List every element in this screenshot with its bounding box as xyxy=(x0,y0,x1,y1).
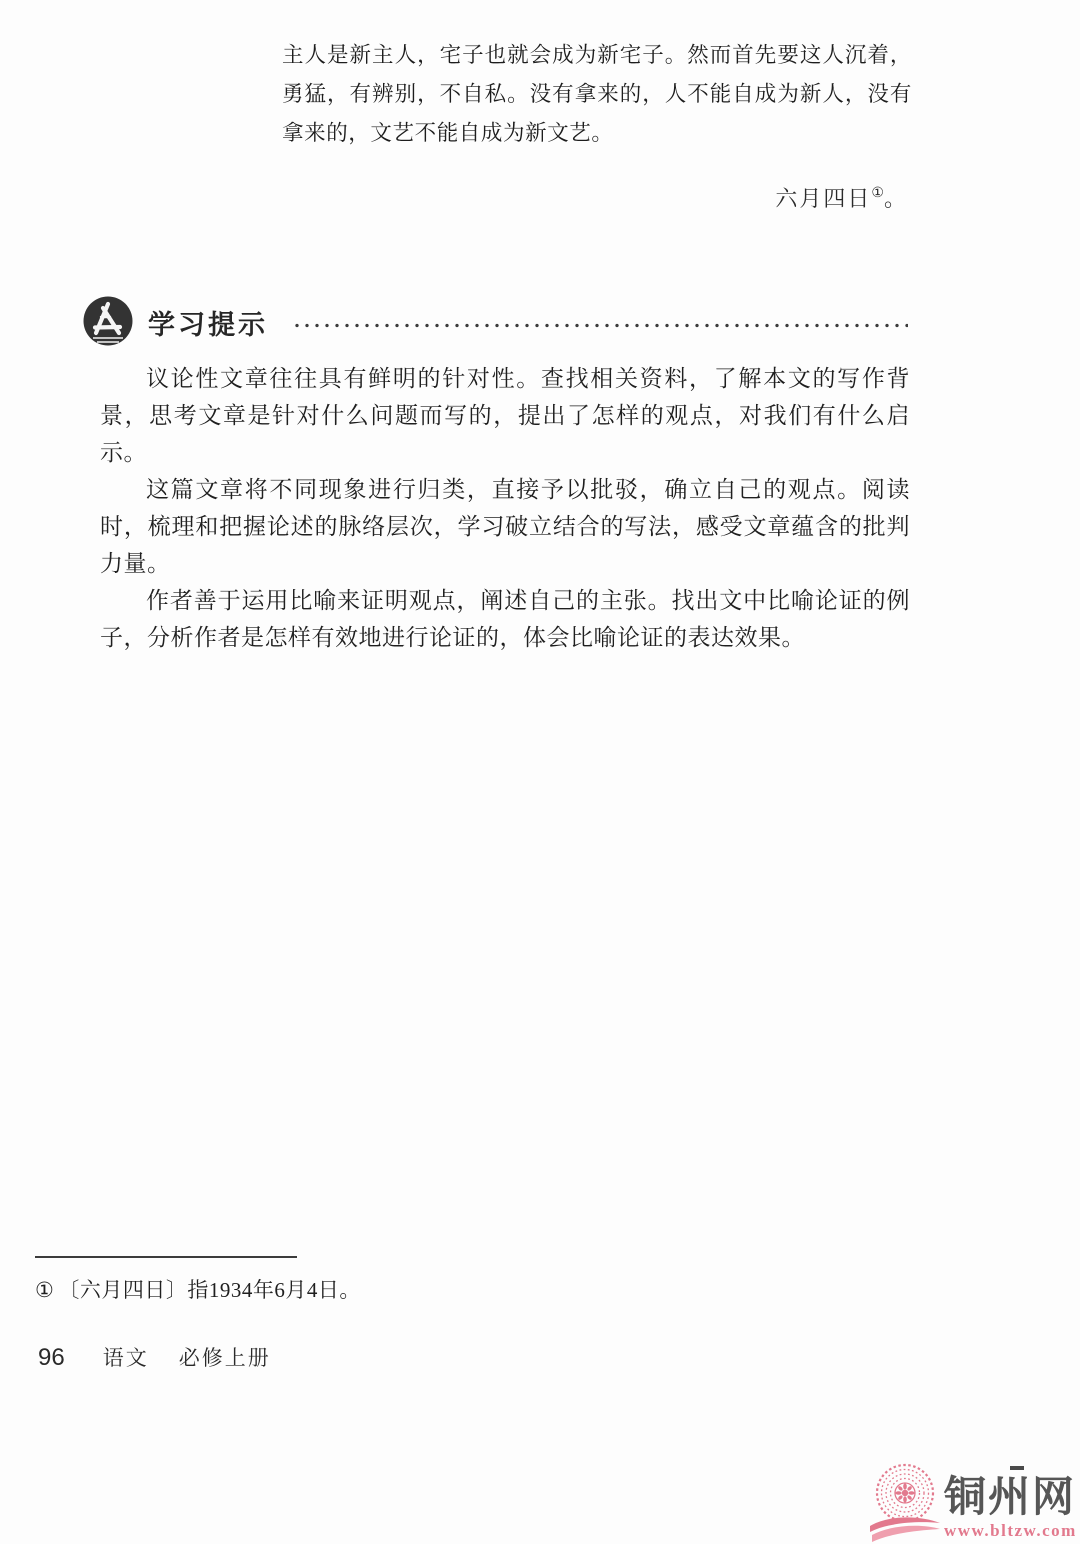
date-signature: 六月四日 xyxy=(775,186,871,211)
footnote: ①〔六月四日〕指1934年6月4日。 xyxy=(35,1274,361,1304)
footnote-marker: ① xyxy=(35,1278,54,1302)
footnote-term: 〔六月四日〕 xyxy=(58,1278,187,1302)
continuation-paragraph: 主人是新主人，宅子也就会成为新宅子。然而首先要这人沉着，勇猛，有辨别，不自私。没… xyxy=(282,36,912,153)
date-signature-line: 六月四日①。 xyxy=(282,182,908,213)
textbook-page: 主人是新主人，宅子也就会成为新宅子。然而首先要这人沉着，勇猛，有辨别，不自私。没… xyxy=(0,0,1080,1544)
seal-logo-icon xyxy=(868,1460,942,1544)
site-watermark: 铜州网 www.bltzw.com xyxy=(868,1458,1074,1544)
study-tips-paragraph: 议论性文章往往具有鲜明的针对性。查找相关资料，了解本文的写作背景，思考文章是针对… xyxy=(100,360,910,471)
study-tips-paragraph: 这篇文章将不同现象进行归类，直接予以批驳，确立自己的观点。阅读时，梳理和把握论述… xyxy=(100,471,910,582)
watermark-text: 铜州网 www.bltzw.com xyxy=(944,1458,1077,1541)
watermark-site-name: 铜州网 xyxy=(944,1474,1077,1520)
date-period: 。 xyxy=(884,186,908,211)
triangle-emblem-icon xyxy=(82,295,134,349)
footnote-reference-marker: ① xyxy=(871,186,884,201)
dotted-rule xyxy=(292,323,908,328)
footnote-definition: 指1934年6月4日。 xyxy=(187,1278,361,1302)
page-number: 96 xyxy=(38,1344,65,1372)
page-footer: 96 语文 必修上册 xyxy=(38,1342,271,1372)
footer-volume: 必修上册 xyxy=(179,1342,271,1372)
study-tips-paragraph: 作者善于运用比喻来证明观点，阐述自己的主张。找出文中比喻论证的例子，分析作者是怎… xyxy=(100,582,910,656)
footnote-divider xyxy=(35,1256,297,1258)
watermark-site-url: www.bltzw.com xyxy=(944,1521,1077,1541)
study-tips-title: 学习提示 xyxy=(148,303,268,342)
footer-subject: 语文 xyxy=(103,1342,149,1372)
study-tips-body: 议论性文章往往具有鲜明的针对性。查找相关资料，了解本文的写作背景，思考文章是针对… xyxy=(100,360,910,656)
study-tips-header: 学习提示 xyxy=(82,294,908,350)
